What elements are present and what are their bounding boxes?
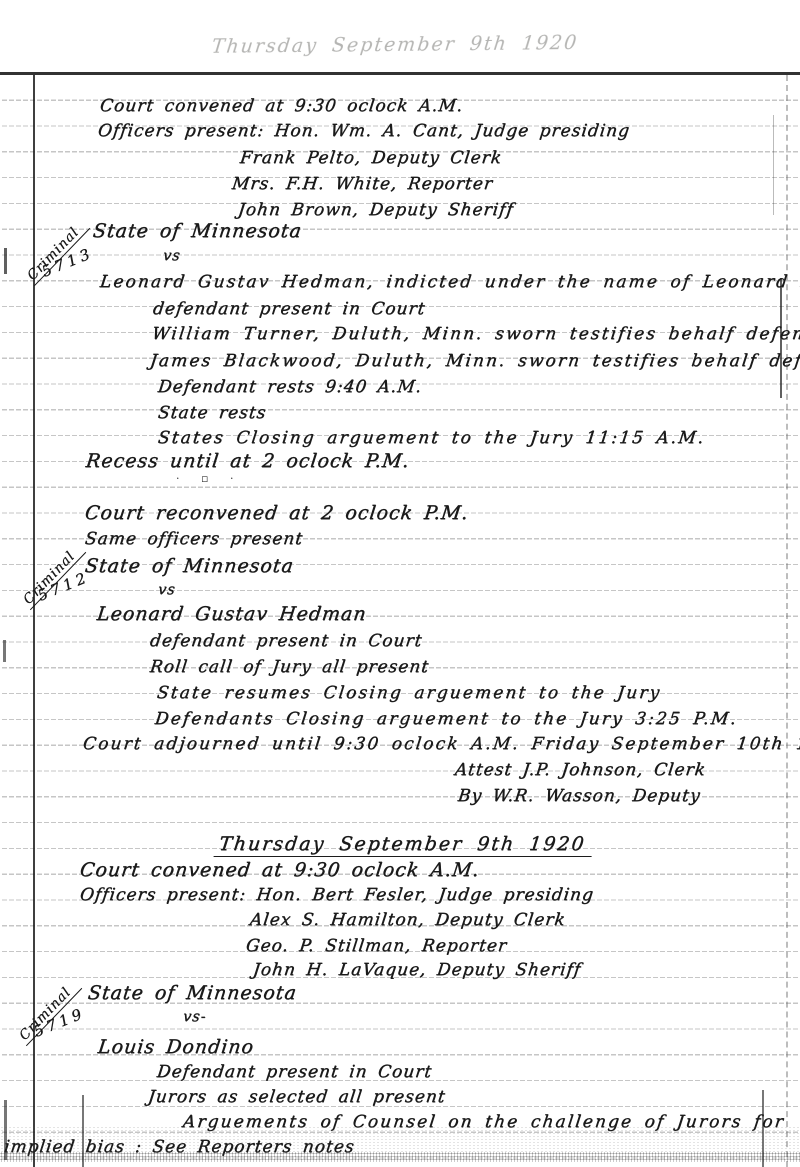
left-edge-mark: [4, 248, 7, 274]
scanned-ledger-page: Thursday September 9th 1920 Criminal 571…: [0, 0, 800, 1167]
case-caption-state: State of Minnesota: [87, 982, 299, 1004]
ledger-line: James Blackwood, Duluth, Minn. sworn tes…: [149, 351, 800, 371]
attestation-line: Attest J.P. Johnson, Clerk: [454, 760, 707, 780]
ledger-line: Arguements of Counsel on the challenge o…: [182, 1112, 786, 1132]
ledger-line: Mrs. F.H. White, Reporter: [231, 174, 494, 194]
ledger-line: Alex S. Hamilton, Deputy Clerk: [249, 910, 567, 930]
ledger-line: Jurors as selected all present: [147, 1087, 447, 1107]
right-edge-rule: [786, 75, 788, 1167]
ledger-line: Officers present: Hon. Bert Fesler, Judg…: [79, 885, 595, 905]
ledger-line: Defendants Closing arguement to the Jury…: [154, 709, 739, 729]
ledger-line: States Closing arguement to the Jury 11:…: [157, 428, 707, 448]
stray-ink-dots: · ▫ ·: [176, 472, 242, 485]
margin-note-criminal: Criminal 5719: [0, 961, 107, 1071]
ledger-line: Court convened at 9:30 oclock A.M.: [99, 96, 465, 116]
left-edge-mark: [3, 640, 6, 662]
case-title-line: Leonard Gustav Hedman: [96, 603, 368, 625]
ledger-line: State resumes Closing arguement to the J…: [156, 683, 663, 703]
ledger-line: implied bias : See Reporters notes: [3, 1137, 356, 1157]
ledger-line: defendant present in Court: [152, 299, 427, 319]
ledger-line: John Brown, Deputy Sheriff: [237, 200, 515, 220]
ledger-line: Court convened at 9:30 oclock A.M.: [79, 859, 481, 881]
section-date-heading: Thursday September 9th 1920: [214, 833, 595, 857]
ledger-line: defendant present in Court: [149, 631, 424, 651]
case-caption-vs: vs: [157, 582, 177, 598]
margin-note-criminal: Criminal 5713: [7, 201, 115, 311]
ledger-line: Roll call of Jury all present: [149, 657, 431, 677]
ledger-line: Same officers present: [84, 529, 305, 549]
right-edge-mark: [773, 115, 774, 215]
case-caption-vs: vs-: [182, 1009, 208, 1025]
ledger-line: Court adjourned until 9:30 oclock A.M. F…: [82, 734, 800, 754]
ledger-line: Court reconvened at 2 oclock P.M.: [84, 502, 470, 524]
attestation-line: By W.R. Wasson, Deputy: [457, 786, 702, 806]
ledger-line: John H. LaVaque, Deputy Sheriff: [252, 960, 583, 980]
ledger-line: Defendant present in Court: [156, 1062, 434, 1082]
case-caption-vs: vs: [162, 248, 182, 264]
ledger-line: William Turner, Duluth, Minn. sworn test…: [151, 324, 800, 344]
top-rule-line: [0, 72, 800, 75]
case-title-line: Louis Dondino: [97, 1036, 256, 1058]
ledger-line: Geo. P. Stillman, Reporter: [245, 936, 509, 956]
ledger-line: State rests: [157, 403, 268, 423]
case-caption-state: State of Minnesota: [84, 555, 296, 577]
ledger-line: Recess until at 2 oclock P.M.: [85, 450, 411, 472]
case-title-line: Leonard Gustav Hedman, indicted under th…: [99, 272, 800, 292]
ledger-line: Defendant rests 9:40 A.M.: [157, 377, 424, 397]
case-caption-state: State of Minnesota: [92, 220, 304, 242]
ledger-line: Officers present: Hon. Wm. A. Cant, Judg…: [97, 121, 631, 141]
running-header: Thursday September 9th 1920: [184, 32, 606, 58]
ledger-line: Frank Pelto, Deputy Clerk: [239, 148, 504, 168]
